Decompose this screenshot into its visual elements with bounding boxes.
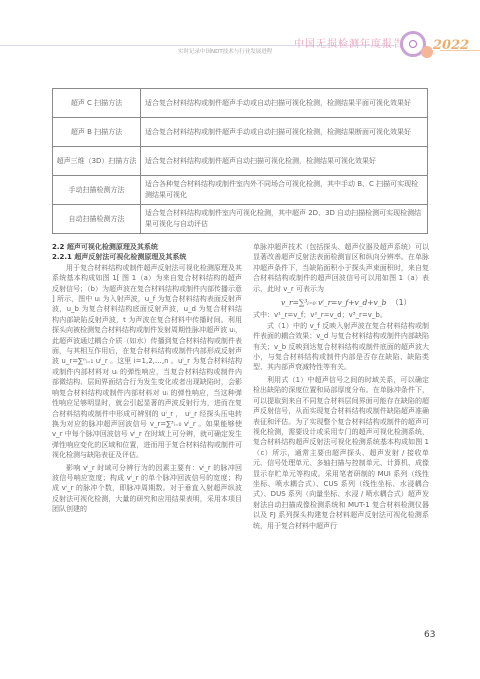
report-year: 2022 bbox=[433, 38, 469, 53]
method-name: 超声三维（3D）扫描方法 bbox=[53, 147, 141, 176]
method-desc: 适合复合材料结构或制件室内可视化检测，其中超声 2D、3D 自动扫描检测可实现检… bbox=[141, 205, 428, 234]
method-desc: 适合各种复合材料结构或制件室内外不同场合可视化检测，其中手动 B、C 扫描可实现… bbox=[141, 176, 428, 205]
paragraph: 利用式（1）中超声信号之间的时域关系，可以确定检出缺陷的深度位置和局部厚度分布。… bbox=[253, 375, 429, 531]
table-row: 超声 B 扫描方法 适合复合材料结构或制件超声手动或自动扫描可视化检测，检测结果… bbox=[53, 118, 428, 147]
equation: v_r=∑³ᵢ₌₀ vⁱ_r=v_f+v_d+v_b （1） bbox=[253, 294, 429, 310]
method-name: 手动扫描检测方法 bbox=[53, 176, 141, 205]
left-column: 2.2 超声可视化检测原理及其系统 2.2.1 超声反射法可视化检测原理及其系统… bbox=[52, 242, 242, 515]
equation-body: v_r=∑³ᵢ₌₀ vⁱ_r=v_f+v_d+v_b bbox=[281, 298, 386, 308]
logo-dot-icon bbox=[421, 46, 433, 58]
table-row: 手动扫描检测方法 适合各种复合材料结构或制件室内外不同场合可视化检测，其中手动 … bbox=[53, 176, 428, 205]
page-number: 63 bbox=[424, 630, 435, 640]
equation-where: 式中：v¹_r=v_f；v²_r=v_d；v³_r=v_b。 bbox=[253, 310, 429, 320]
subsection-title: 超声反射法可视化检测原理及其系统 bbox=[74, 253, 186, 261]
section-heading: 2.2 超声可视化检测原理及其系统 bbox=[52, 242, 242, 252]
method-desc: 适合复合材料结构或制件超声自动扫描可视化检测，检测结果可视化效果好 bbox=[141, 147, 428, 176]
paragraph: 影响 vⁱ_r 时域可分辨行为的因素主要有：vⁱ_r 的脉冲回波信号响应宽度；构… bbox=[52, 463, 242, 515]
report-title: 中国无损检测年度报告 bbox=[294, 35, 404, 50]
table-row: 超声 C 扫描方法 适合复合材料结构或制件超声手动或自动扫描可视化检测，检测结果… bbox=[53, 89, 428, 118]
method-desc: 适合复合材料结构或制件超声手动或自动扫描可视化检测，检测结果断面可视化效果好 bbox=[141, 118, 428, 147]
report-subtitle: 实时记录中国NDT技术与行业发展进程 bbox=[178, 47, 272, 55]
section-title: 超声可视化检测原理及其系统 bbox=[67, 243, 158, 251]
method-name: 超声 C 扫描方法 bbox=[53, 89, 141, 118]
paragraph: 单脉冲超声技术（包括探头、超声仪器及超声系统）可以显著改善超声反射法表面检测盲区… bbox=[253, 242, 429, 294]
method-table: 超声 C 扫描方法 适合复合材料结构或制件超声手动或自动扫描可视化检测，检测结果… bbox=[52, 88, 428, 234]
method-name: 自动扫描检测方法 bbox=[53, 205, 141, 234]
paragraph: 式（1）中的 v_f 反映入射声波在复合材料结构或制件表面的耦合效果；v_d 与… bbox=[253, 321, 429, 373]
method-name: 超声 B 扫描方法 bbox=[53, 118, 141, 147]
table-row: 超声三维（3D）扫描方法 适合复合材料结构或制件超声自动扫描可视化检测，检测结果… bbox=[53, 147, 428, 176]
subsection-number: 2.2.1 bbox=[52, 253, 72, 261]
right-column: 单脉冲超声技术（包括探头、超声仪器及超声系统）可以显著改善超声反射法表面检测盲区… bbox=[253, 242, 429, 531]
table-row: 自动扫描检测方法 适合复合材料结构或制件室内可视化检测，其中超声 2D、3D 自… bbox=[53, 205, 428, 234]
method-desc: 适合复合材料结构或制件超声手动或自动扫描可视化检测，检测结果平面可视化效果好 bbox=[141, 89, 428, 118]
equation-number: （1） bbox=[391, 298, 411, 308]
paragraph: 用于复合材料结构或制件超声反射法可视化检测原理及其系统基本构成如图 1[ 图 1… bbox=[52, 263, 242, 461]
subsection-heading: 2.2.1 超声反射法可视化检测原理及其系统 bbox=[52, 252, 242, 262]
section-number: 2.2 bbox=[52, 243, 64, 251]
